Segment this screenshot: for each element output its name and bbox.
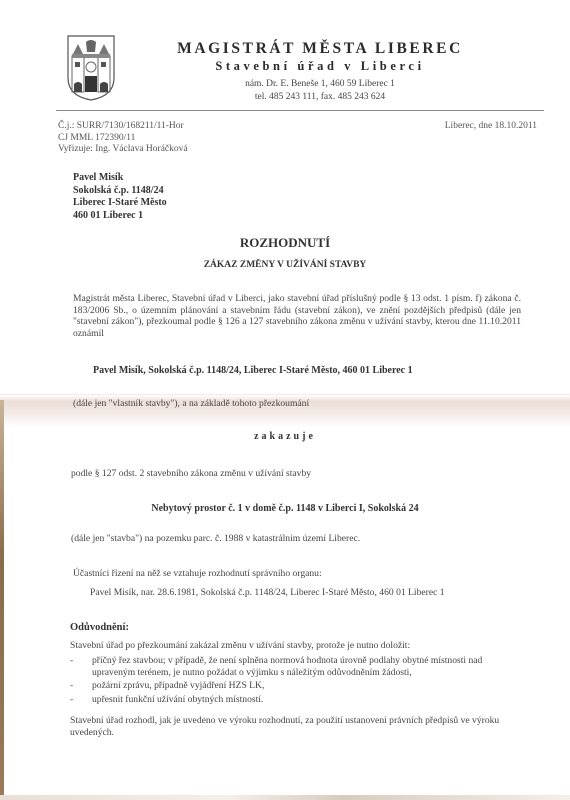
scan-bottom-edge <box>0 795 570 800</box>
plot-note: (dále jen "stavba") na pozemku parc. č. … <box>71 533 360 545</box>
parties-label: Účastníci řízení na něž se vztahuje rozh… <box>73 568 322 580</box>
intro-paragraph: Magistrát města Liberec, Stavební úřad v… <box>73 293 521 340</box>
scan-edge <box>0 400 4 800</box>
cj-number: CJ MML 172390/11 <box>58 133 188 145</box>
dash-bullet-icon: - <box>70 655 73 667</box>
addressee-street: Sokolská č.p. 1148/24 <box>73 185 167 198</box>
list-item: - příčný řez stavbou; v případě, že není… <box>70 655 510 678</box>
list-item: - požární zprávu, případně vyjádření HZS… <box>70 680 510 692</box>
closing-paragraph: Stavební úřad rozhodl, jak je uvedeno ve… <box>70 715 515 738</box>
dash-bullet-icon: - <box>70 694 73 706</box>
building-object: Nebytový prostor č. 1 v domě č.p. 1148 v… <box>0 503 570 515</box>
addressee-district: Liberec I-Staré Město <box>73 197 167 210</box>
addressee-block: Pavel Misík Sokolská č.p. 1148/24 Libere… <box>73 172 167 222</box>
reference-block: Č.j.: SURR/7130/168211/11-Hor CJ MML 172… <box>58 121 188 156</box>
party-line: Pavel Misík, Sokolská č.p. 1148/24, Libe… <box>93 365 413 377</box>
header-divider <box>56 110 544 111</box>
document-date: Liberec, dne 18.10.2011 <box>445 121 537 131</box>
office-subtitle: Stavební úřad v Liberci <box>150 59 490 74</box>
list-item: - upřesnit funkční užívání obytných míst… <box>70 694 510 706</box>
office-phone: tel. 485 243 111, fax. 485 243 624 <box>150 91 490 104</box>
dash-bullet-icon: - <box>70 680 73 692</box>
addressee-city: 460 01 Liberec 1 <box>73 210 167 223</box>
office-address: nám. Dr. E. Beneše 1, 460 59 Liberec 1 <box>150 78 490 91</box>
justification-heading: Odůvodnění: <box>70 622 129 634</box>
letterhead: MAGISTRÁT MĚSTA LIBEREC Stavební úřad v … <box>150 40 490 103</box>
decision-verb: zakazuje <box>0 431 570 443</box>
decision-subtitle: ZÁKAZ ZMĚNY V UŽÍVÁNÍ STAVBY <box>0 260 570 270</box>
liberec-coat-of-arms-icon <box>66 34 116 102</box>
office-title: MAGISTRÁT MĚSTA LIBEREC <box>150 40 490 58</box>
decision-title: ROZHODNUTÍ <box>0 235 570 251</box>
legal-basis: podle § 127 odst. 2 stavebního zákona zm… <box>71 468 311 480</box>
justification-list: - příčný řez stavbou; v případě, že není… <box>70 655 510 708</box>
case-number: Č.j.: SURR/7130/168211/11-Hor <box>58 121 188 133</box>
handled-by: Vyřizuje: Ing. Václava Horáčková <box>58 144 188 156</box>
addressee-name: Pavel Misík <box>73 172 167 185</box>
justification-text: Stavební úřad po přezkoumání zakázal změ… <box>70 640 410 652</box>
parties-item: Pavel Misík, nar. 28.6.1981, Sokolská č.… <box>90 587 445 599</box>
owner-note: (dále jen "vlastník stavby"), a na zákla… <box>73 398 309 410</box>
document-page: MAGISTRÁT MĚSTA LIBEREC Stavební úřad v … <box>0 0 570 800</box>
